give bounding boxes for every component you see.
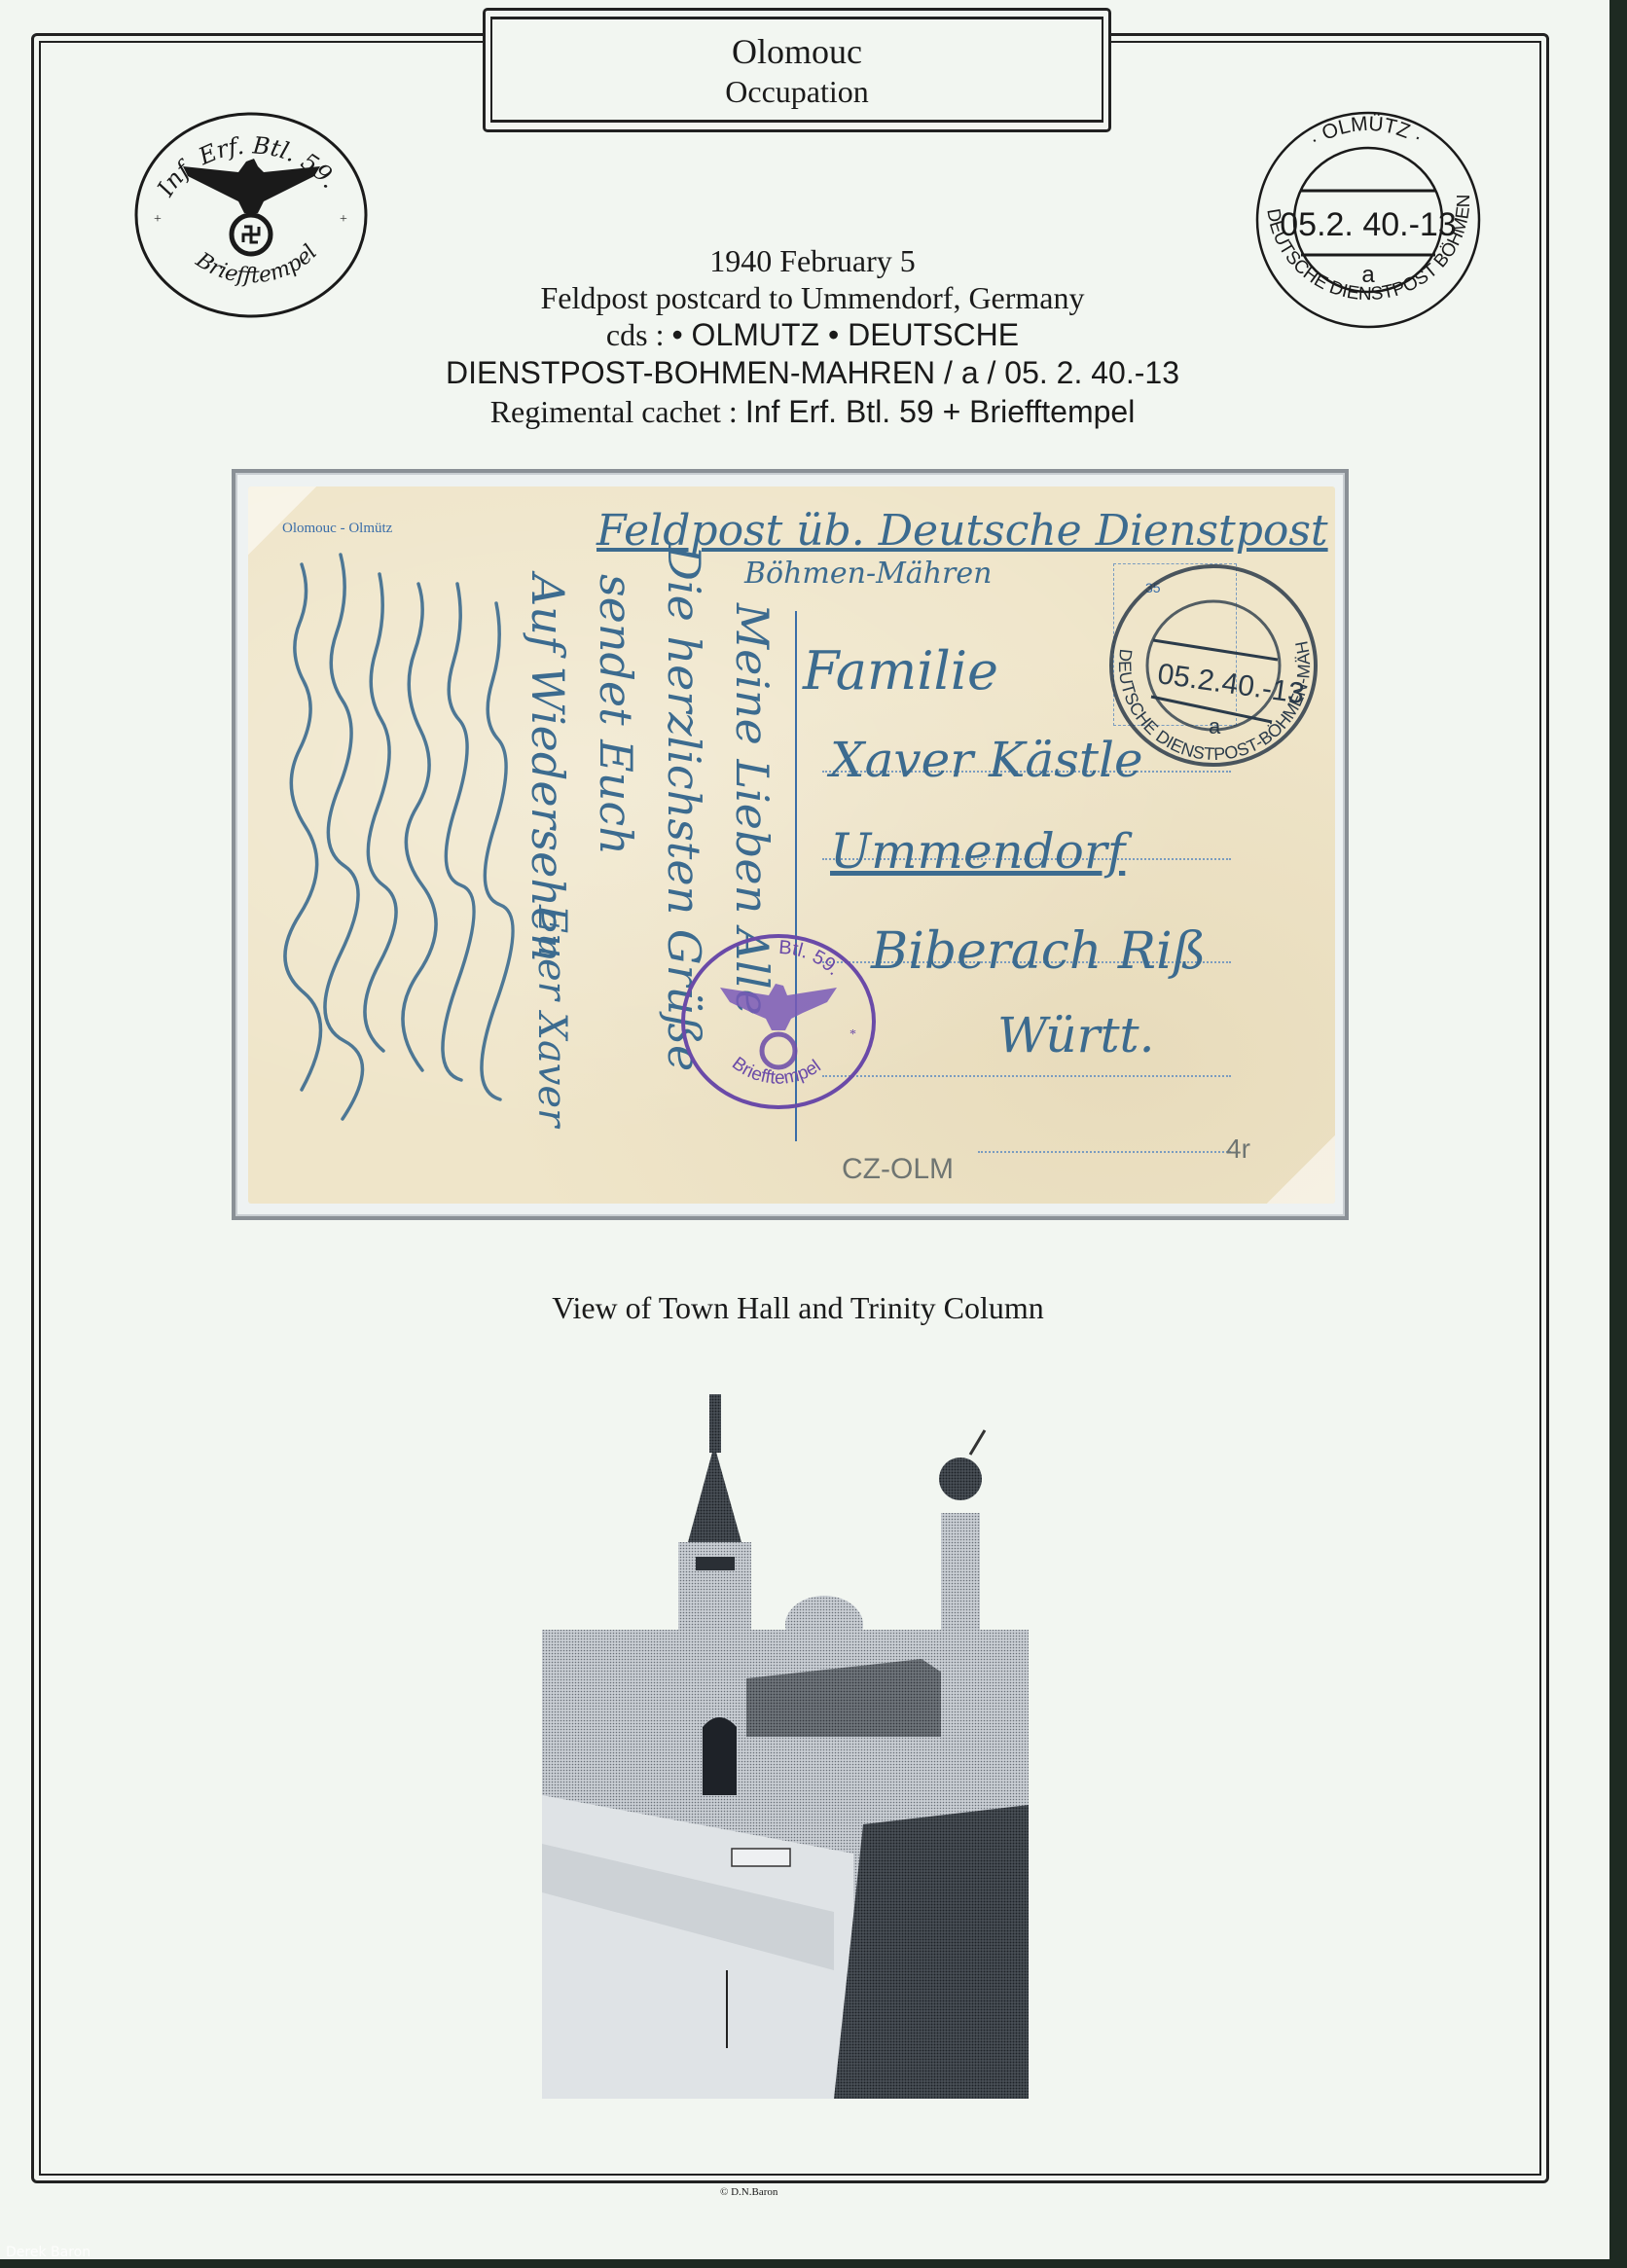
- svg-text:· OLMÜTZ ·: · OLMÜTZ ·: [1305, 113, 1427, 152]
- pencil-catalog-note: CZ-OLM: [842, 1153, 954, 1186]
- copyright-notice: © D.N.Baron: [720, 2186, 777, 2198]
- town-hall-image: [542, 1386, 1029, 2099]
- pencil-price-note: 4r: [1226, 1134, 1250, 1165]
- postcard: Olomouc - Olmütz 35 Feldpost üb. Deutsch…: [248, 486, 1335, 1204]
- svg-text:05.2. 40.-13: 05.2. 40.-13: [1280, 206, 1456, 243]
- svg-text:+: +: [340, 212, 347, 227]
- title-box: Olomouc Occupation: [483, 8, 1111, 132]
- routing-bohmen: Böhmen-Mähren: [744, 557, 992, 591]
- item-description: Feldpost postcard to Ummendorf, Germany: [292, 280, 1333, 315]
- svg-text:a: a: [1361, 262, 1375, 288]
- photo-caption: View of Town Hall and Trinity Column: [448, 1290, 1148, 1326]
- address-line-4: [822, 1075, 1231, 1077]
- cds-line-1: cds : • OLMUTZ • DEUTSCHE: [292, 316, 1333, 353]
- printed-caption: Olomouc - Olmütz: [282, 521, 392, 537]
- town-hall-photograph: [542, 1386, 1029, 2099]
- eagle-icon: [183, 159, 320, 254]
- card-cachet-icon: Btl. 59. Briefftempel *: [676, 929, 881, 1114]
- scan-edge-bottom: [0, 2259, 1627, 2268]
- page-title: Olomouc: [486, 32, 1108, 71]
- item-date: 1940 February 5: [292, 243, 1333, 278]
- cachet-text: Inf Erf. Btl. 59 + Briefftempel: [745, 394, 1135, 429]
- cds-label: cds :: [606, 317, 665, 352]
- address-recipient-family: Familie: [803, 640, 998, 702]
- card-postmark-icon: DEUTSCHE DIENSTPOST-BÖHMEN-MÄHREN 05.2.4…: [1097, 557, 1330, 780]
- scan-edge-right: [1609, 0, 1627, 2268]
- address-state: Württ.: [997, 1007, 1155, 1063]
- svg-text:*: *: [850, 1027, 856, 1042]
- cachet-line: Regimental cachet : Inf Erf. Btl. 59 + B…: [292, 393, 1333, 430]
- mount-corner-bottom-right: [1267, 1135, 1335, 1204]
- address-line-5: [978, 1151, 1231, 1153]
- address-district: Biberach Riß: [871, 922, 1206, 981]
- svg-text:+: +: [154, 212, 162, 227]
- page-subtitle: Occupation: [486, 74, 1108, 109]
- cds-text-1: • OLMUTZ • DEUTSCHE: [671, 317, 1019, 352]
- svg-text:Briefftempel: Briefftempel: [728, 1054, 824, 1089]
- cachet-label: Regimental cachet :: [490, 394, 738, 429]
- address-town: Ummendorf: [830, 823, 1125, 880]
- watermark: Derek Baron: [6, 2245, 90, 2260]
- message-line-3: sendet Euch: [590, 574, 642, 855]
- svg-text:a: a: [1209, 714, 1221, 738]
- cds-line-2: DIENSTPOST-BOHMEN-MAHREN / a / 05. 2. 40…: [292, 354, 1333, 391]
- message-small-script: [272, 545, 545, 1187]
- svg-text:DEUTSCHE DIENSTPOST-BÖHMEN-MÄH: DEUTSCHE DIENSTPOST-BÖHMEN-MÄHREN: [1097, 557, 1314, 764]
